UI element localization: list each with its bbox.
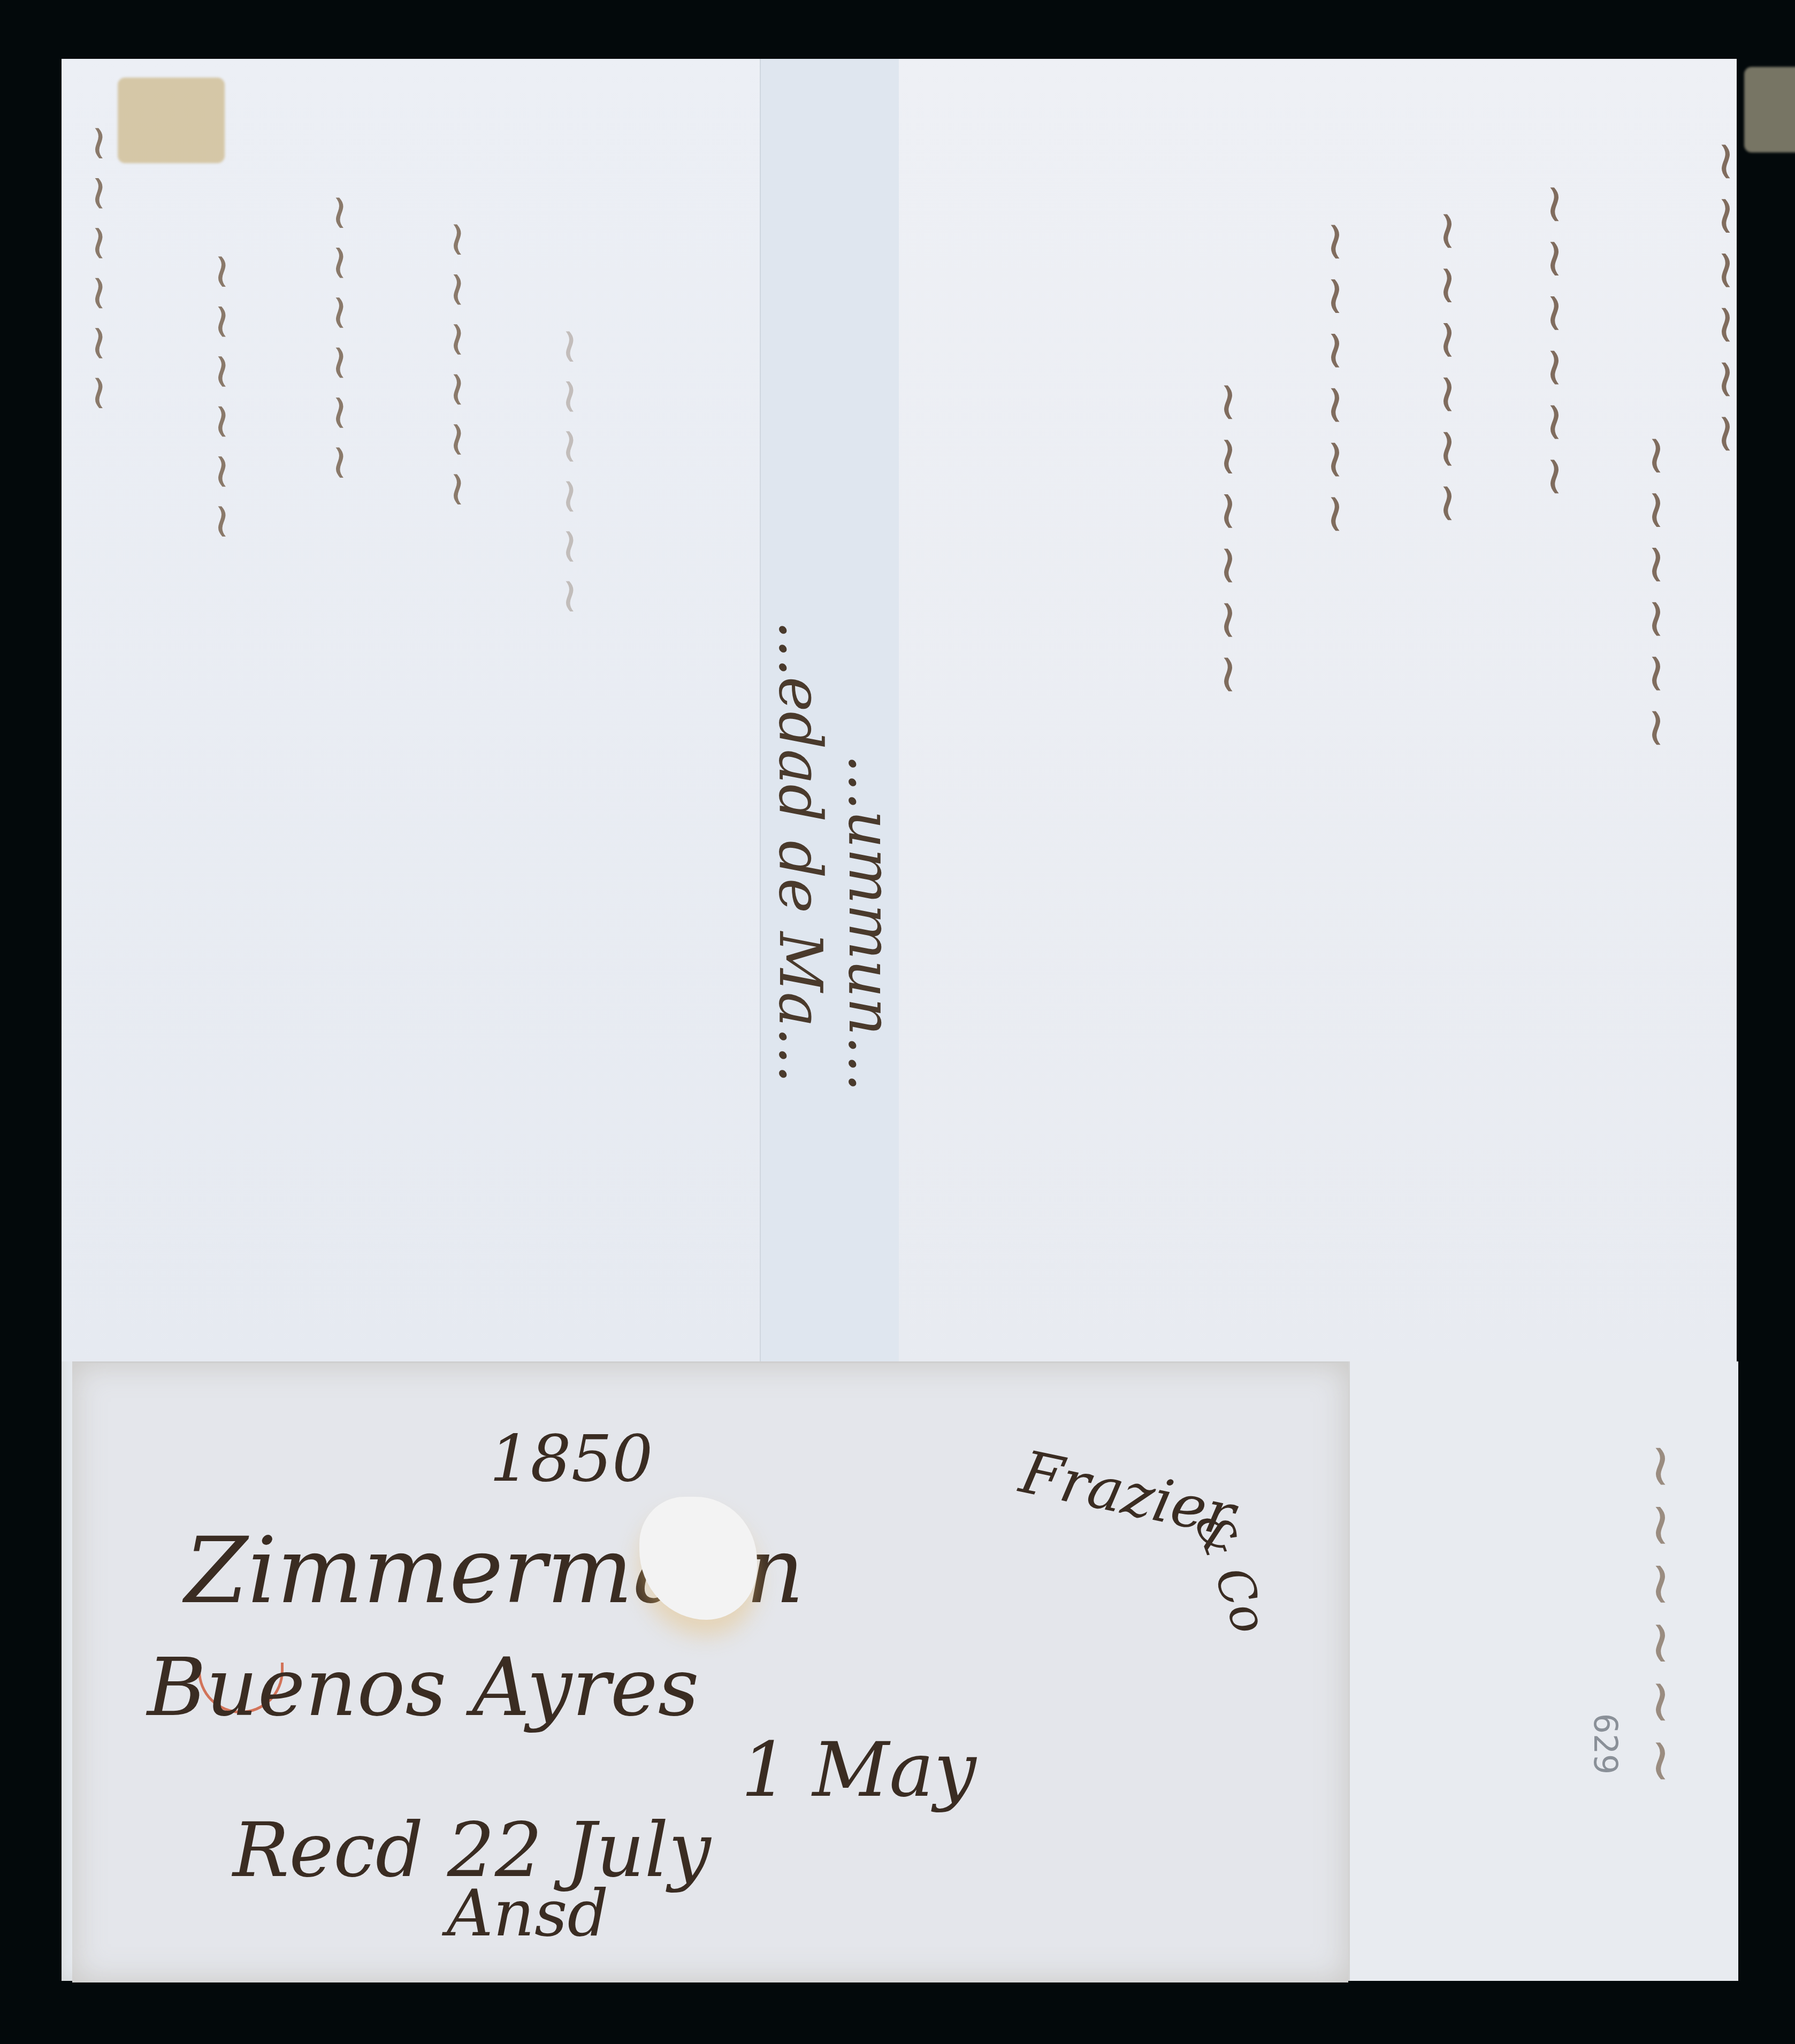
faded-script-column: ~~~~~~ <box>195 251 251 551</box>
docket-panel: 1850 Zimmermann Frazier & Co Buenos Ayre… <box>72 1361 1348 1982</box>
inner-panel-right: ~~~~~~ ~~~~~~ ~~~~~~ ~~~~~~ ~~~~~~ ~~~~~… <box>899 59 1737 1361</box>
pencil-note: 629 <box>1586 1713 1624 1775</box>
faded-script-column: ~~~~~~ <box>313 193 369 492</box>
faded-script-column: ~~~~~~ <box>543 326 599 626</box>
script-column: ~~~~~~ <box>1418 209 1480 535</box>
script-column: ~~~~~~ <box>1696 139 1759 466</box>
docket-answered: Ansd <box>447 1877 608 1951</box>
script-column: ~~~~~~ <box>1198 380 1261 707</box>
inner-center-strip: ...edad de Ma... ...ummun... <box>760 59 901 1361</box>
docket-right-flap: ~~~~~~ 629 <box>1348 1361 1738 1981</box>
docket-addressee-3: & Co <box>1183 1505 1279 1641</box>
docket-place: Buenos Ayres <box>147 1641 699 1734</box>
script-column: ~~~~~~ <box>1626 433 1689 760</box>
script-column: ~~~~~~ <box>1525 182 1587 509</box>
faded-script-column: ~~~~~~ <box>1628 1442 1697 1795</box>
script-column: ~~~~~~ <box>1305 219 1368 546</box>
strip-text-line-1: ...edad de Ma... <box>766 621 835 1083</box>
stain-top-left <box>118 78 225 163</box>
faded-script-column: ~~~~~~ <box>431 219 487 519</box>
faded-script-column: ~~~~~~ <box>72 123 128 423</box>
strip-text-line-2: ...ummun... <box>836 754 904 1092</box>
letter-sheet: ~~~~~~ ~~~~~~ ~~~~~~ ~~~~~~ ~~~~~~ ...ed… <box>62 59 1737 1981</box>
docket-sent-date: 1 May <box>741 1727 976 1814</box>
inner-panel-left: ~~~~~~ ~~~~~~ ~~~~~~ ~~~~~~ ~~~~~~ <box>62 59 760 1361</box>
docket-year: 1850 <box>490 1422 653 1496</box>
